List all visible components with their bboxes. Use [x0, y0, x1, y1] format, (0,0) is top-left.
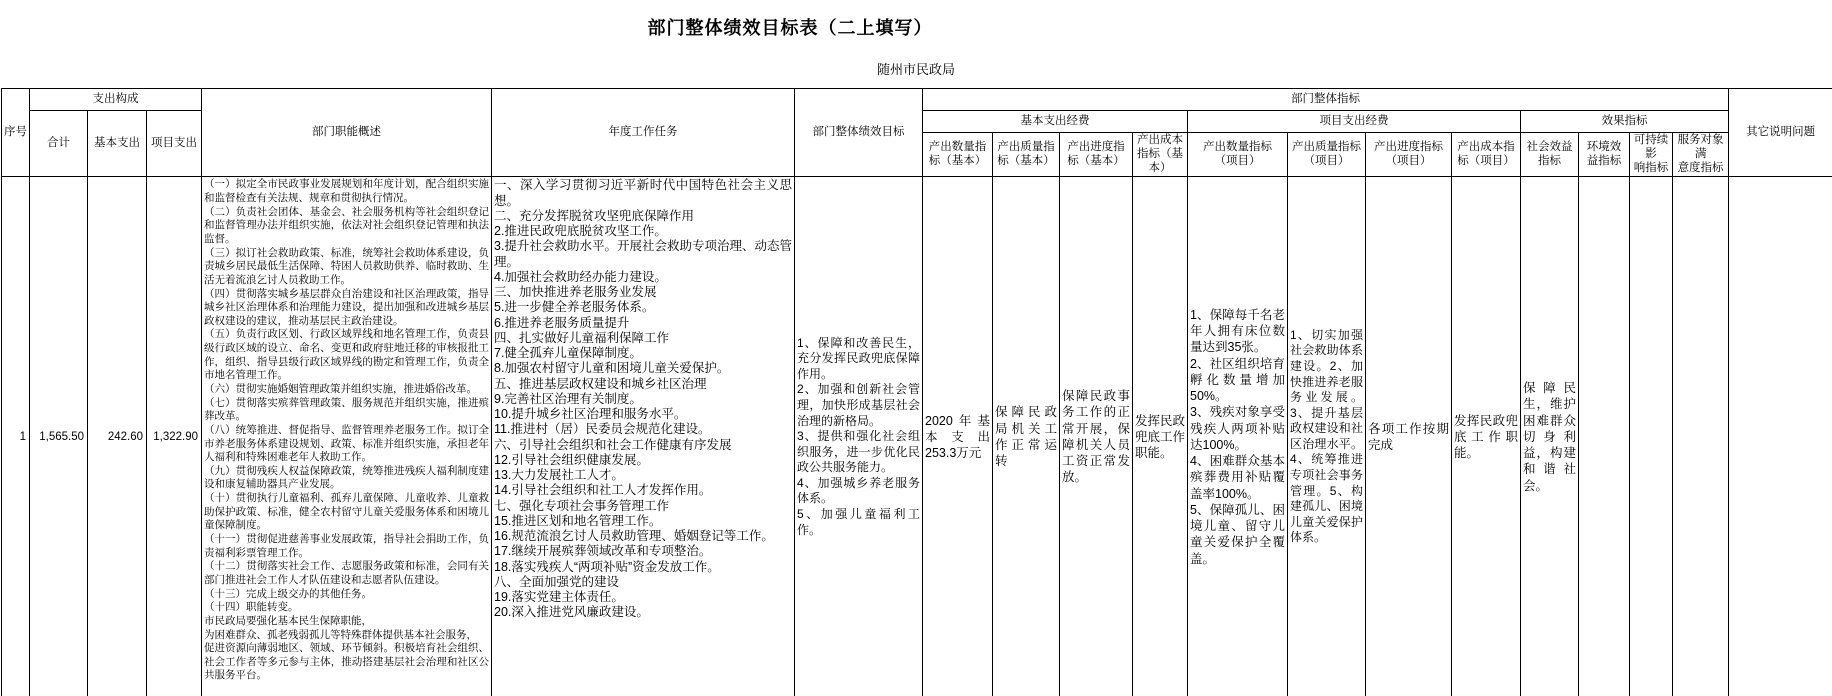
col-header-shuliang-jiben: 产出数量指 标（基本）	[923, 133, 993, 177]
col-header-jiben-zhichu: 基本支出	[88, 111, 147, 177]
col-header-xiaoguo-zhibiao: 效果指标	[1521, 111, 1729, 133]
col-header-xuhao: 序号	[2, 89, 30, 177]
col-header-shehui-xiaoyi: 社会效益 指标	[1521, 133, 1579, 177]
col-header-chengben-jiben: 产出成本 指标（基 本）	[1133, 133, 1188, 177]
cell-huanjing-xiaoyi	[1579, 177, 1630, 696]
table-row: 1 1,565.50 242.60 1,322.90 （一）拟定全市民政事业发展…	[2, 177, 1832, 696]
page-title: 部门整体绩效目标表（二上填写）	[0, 14, 1580, 40]
col-header-kechixu: 可持续影 响指标	[1630, 133, 1673, 177]
cell-qita	[1729, 177, 1832, 696]
cell-xiangmu-zhichu: 1,322.90	[147, 177, 202, 696]
cell-kechixu	[1630, 177, 1673, 696]
cell-niandu-renwu: 一、深入学习贯彻习近平新时代中国特色社会主义思想。 二、充分发挥脱贫攻坚兜底保障…	[492, 177, 795, 696]
cell-zhiliang-jiben: 保障民政局机关工作正常运转	[993, 177, 1060, 696]
col-header-zhengti-zhibiao: 部门整体指标	[923, 89, 1729, 111]
col-header-jixiao-mubiao: 部门整体绩效目标	[795, 89, 923, 177]
performance-target-table: 序号 支出构成 部门职能概述 年度工作任务 部门整体绩效目标 部门整体指标 其它…	[1, 88, 1832, 696]
col-header-zhiliang-jiben: 产出质量指 标（基本）	[993, 133, 1060, 177]
col-header-qita: 其它说明问题	[1729, 89, 1832, 177]
cell-fuwu-manyi	[1673, 177, 1729, 696]
col-header-xiangmu-jingfei: 项目支出经费	[1188, 111, 1521, 133]
cell-shuliang-xiangmu: 1、保障每千名老年人拥有床位数量达到35张。 2、社区组织培育孵化数量增加50%…	[1188, 177, 1288, 696]
col-header-jiben-jingfei: 基本支出经费	[923, 111, 1188, 133]
cell-shehui-xiaoyi: 保障民生，维护困难群众切身利益，构建和谐社会。	[1521, 177, 1579, 696]
col-header-heji: 合计	[30, 111, 88, 177]
col-header-bumen-zhineng: 部门职能概述	[202, 89, 492, 177]
cell-heji: 1,565.50	[30, 177, 88, 696]
org-name: 随州市民政局	[0, 59, 1832, 78]
col-header-shuliang-xiangmu: 产出数量指标 （项目）	[1188, 133, 1288, 177]
col-header-zhichu-goucheng: 支出构成	[30, 89, 202, 111]
cell-chengben-jiben: 发挥民政兜底工作职能。	[1133, 177, 1188, 696]
cell-jiben-zhichu: 242.60	[88, 177, 147, 696]
col-header-niandu-renwu: 年度工作任务	[492, 89, 795, 177]
cell-jindu-jiben: 保障民政事务工作的正常开展，保障机关人员工资正常发放。	[1060, 177, 1133, 696]
cell-shuliang-jiben: 2020年基本支出253.3万元	[923, 177, 993, 696]
col-header-zhiliang-xiangmu: 产出质量指标 （项目）	[1288, 133, 1366, 177]
cell-zhiliang-xiangmu: 1、切实加强社会救助体系建设。2、加快推进养老服务业发展。3、提升基层政权建设和…	[1288, 177, 1366, 696]
cell-jindu-xiangmu: 各项工作按期完成	[1366, 177, 1452, 696]
col-header-huanjing-xiaoyi: 环境效 益指标	[1579, 133, 1630, 177]
col-header-jindu-xiangmu: 产出进度指标 （项目）	[1366, 133, 1452, 177]
cell-zhineng-gaishu: （一）拟定全市民政事业发展规划和年度计划，配合组织实施和监督检查有关法规、规章和…	[202, 177, 492, 696]
cell-chengben-xiangmu: 发挥民政兜底工作职能。	[1452, 177, 1521, 696]
col-header-jindu-jiben: 产出进度指 标（基本）	[1060, 133, 1133, 177]
col-header-chengben-xiangmu: 产出成本指 标（项目）	[1452, 133, 1521, 177]
col-header-xiangmu-zhichu: 项目支出	[147, 111, 202, 177]
col-header-fuwu-manyi: 服务对象满 意度指标	[1673, 133, 1729, 177]
cell-xuhao: 1	[2, 177, 30, 696]
cell-jixiao-mubiao: 1、保障和改善民生，充分发挥民政兜底保障作用。 2、加强和创新社会管理，加快形成…	[795, 177, 923, 696]
